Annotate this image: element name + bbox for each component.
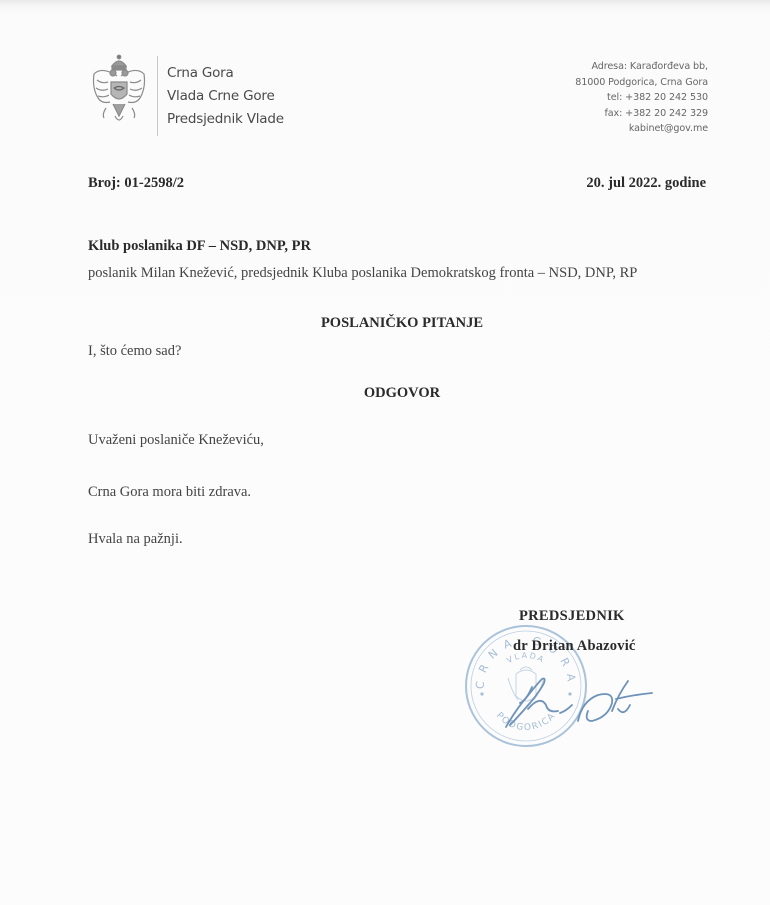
handwritten-signature-icon — [500, 665, 660, 735]
question-heading: POSLANIČKO PITANJE — [0, 315, 770, 332]
contact-email: kabinet@gov.me — [575, 121, 708, 137]
montenegro-coat-of-arms-icon — [88, 52, 150, 132]
contact-phone: tel: +382 20 242 530 — [575, 90, 708, 106]
question-text: I, što ćemo sad? — [88, 343, 181, 360]
addressee-recipient: poslanik Milan Knežević, predsjednik Klu… — [88, 263, 668, 283]
organization-name: Crna Gora Vlada Crne Gore Predsjednik Vl… — [167, 62, 284, 131]
org-office: Predsjednik Vlade — [167, 108, 284, 131]
document-page: Crna Gora Vlada Crne Gore Predsjednik Vl… — [0, 0, 770, 905]
org-country: Crna Gora — [167, 62, 284, 85]
answer-heading: ODGOVOR — [0, 385, 770, 402]
letterhead-divider — [157, 56, 158, 136]
contact-city: 81000 Podgorica, Crna Gora — [575, 75, 708, 91]
reference-number: Broj: 01-2598/2 — [88, 175, 184, 192]
contact-fax: fax: +382 20 242 329 — [575, 106, 708, 122]
document-date: 20. jul 2022. godine — [586, 175, 706, 192]
closing-line: Hvala na pažnji. — [88, 531, 183, 548]
salutation: Uvaženi poslaniče Kneževiću, — [88, 432, 264, 449]
org-government: Vlada Crne Gore — [167, 85, 284, 108]
signatory-title: PREDSJEDNIK — [519, 608, 625, 625]
addressee-club: Klub poslanika DF – NSD, DNP, PR — [88, 238, 311, 255]
contact-address: Adresa: Karađorđeva bb, — [575, 59, 708, 75]
answer-text: Crna Gora mora biti zdrava. — [88, 484, 251, 501]
signatory-name: dr Dritan Abazović — [513, 638, 636, 655]
contact-info: Adresa: Karađorđeva bb, 81000 Podgorica,… — [575, 59, 708, 137]
